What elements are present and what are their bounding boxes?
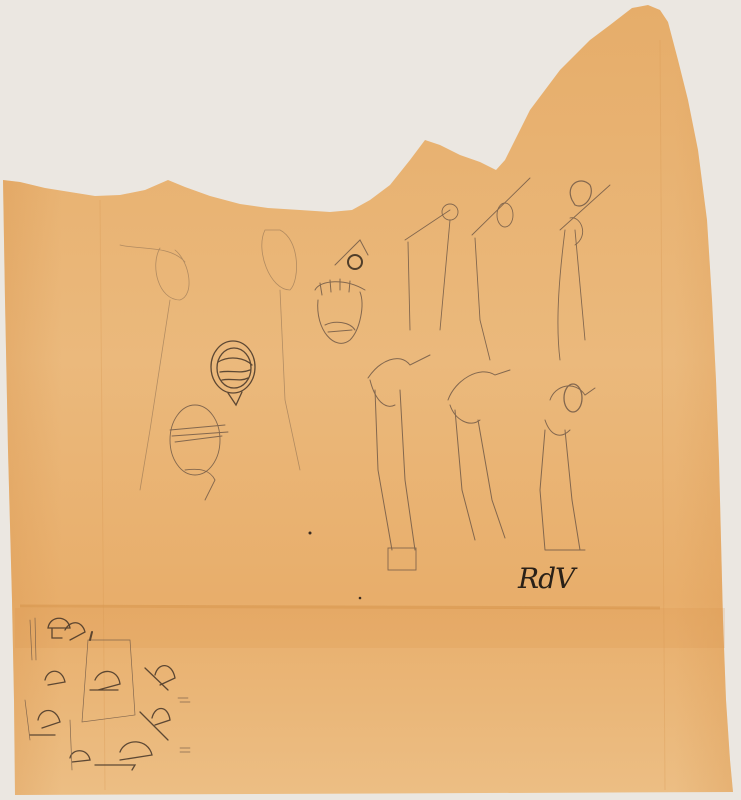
artwork-photo: [0, 0, 741, 800]
torn-paper: [3, 5, 733, 795]
artist-signature: RdV: [518, 562, 574, 595]
